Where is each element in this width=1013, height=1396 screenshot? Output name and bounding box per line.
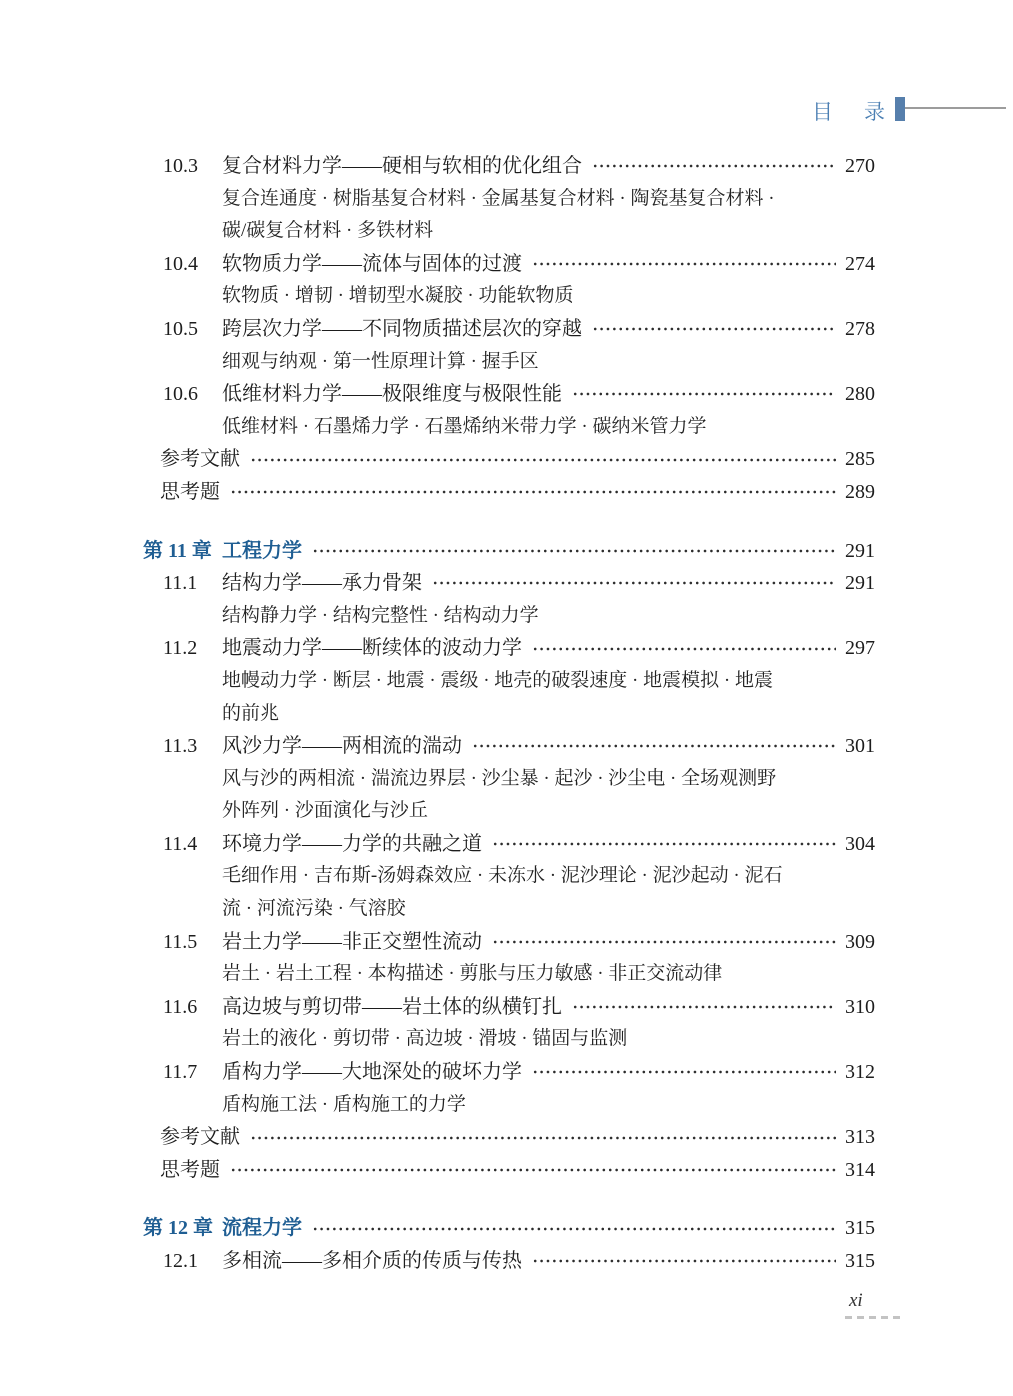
entry-number: 11.1 (163, 567, 222, 600)
toc-row: 参考文献285 (143, 443, 875, 476)
entry-number: 12.1 (163, 1245, 222, 1278)
dot-leader (492, 932, 836, 952)
entry-title: 高边坡与剪切带——岩土体的纵横钉扎 (222, 991, 562, 1024)
dot-leader (472, 736, 836, 756)
dot-leader (312, 541, 836, 561)
dot-leader (250, 1128, 836, 1148)
entry-title: 工程力学 (222, 535, 302, 568)
toc-row: 11.3风沙力学——两相流的湍动301 (143, 730, 875, 763)
entry-title: 结构力学——承力骨架 (222, 567, 422, 600)
entry-title: 跨层次力学——不同物质描述层次的穿越 (222, 313, 582, 346)
toc-section-entry: 10.6低维材料力学——极限维度与极限性能280低维材料 · 石墨烯力学 · 石… (143, 378, 875, 443)
entry-number: 第 11 章 (143, 535, 222, 568)
dot-leader (432, 573, 836, 593)
toc-section-entry: 10.5跨层次力学——不同物质描述层次的穿越278细观与纳观 · 第一性原理计算… (143, 313, 875, 378)
entry-keywords: 细观与纳观 · 第一性原理计算 · 握手区 (222, 346, 790, 379)
toc-row: 11.1结构力学——承力骨架291 (143, 567, 875, 600)
entry-keywords: 岩土 · 岩土工程 · 本构描述 · 剪胀与压力敏感 · 非正交流动律 (222, 958, 790, 991)
dot-leader (592, 319, 836, 339)
dot-leader (250, 450, 836, 470)
entry-keywords: 低维材料 · 石墨烯力学 · 石墨烯纳米带力学 · 碳纳米管力学 (222, 411, 790, 444)
entry-title: 岩土力学——非正交塑性流动 (222, 926, 482, 959)
toc-row: 10.6低维材料力学——极限维度与极限性能280 (143, 378, 875, 411)
entry-page-number: 310 (843, 991, 875, 1024)
entry-page-number: 270 (843, 150, 875, 183)
toc-row: 11.5岩土力学——非正交塑性流动309 (143, 926, 875, 959)
entry-page-number: 291 (843, 567, 875, 600)
entry-number: 11.5 (163, 926, 222, 959)
entry-title: 软物质力学——流体与固体的过渡 (222, 248, 522, 281)
dot-leader (230, 482, 836, 502)
dot-leader (532, 254, 836, 274)
toc-backmatter-entry: 思考题289 (143, 476, 875, 509)
toc-row: 第 11 章工程力学291 (143, 535, 875, 568)
entry-page-number: 289 (843, 476, 875, 509)
dot-leader (492, 834, 836, 854)
entry-number: 11.3 (163, 730, 222, 763)
toc-row: 12.1多相流——多相介质的传质与传热315 (143, 1245, 875, 1278)
entry-number: 10.4 (163, 248, 222, 281)
toc-row: 10.3复合材料力学——硬相与软相的优化组合270 (143, 150, 875, 183)
toc-chapter-entry: 第 11 章工程力学291 (143, 535, 875, 568)
entry-title: 风沙力学——两相流的湍动 (222, 730, 462, 763)
toc-row: 11.2地震动力学——断续体的波动力学297 (143, 632, 875, 665)
entry-number: 11.4 (163, 828, 222, 861)
toc-row: 10.4软物质力学——流体与固体的过渡274 (143, 248, 875, 281)
entry-title: 环境力学——力学的共融之道 (222, 828, 482, 861)
toc-row: 11.6高边坡与剪切带——岩土体的纵横钉扎310 (143, 991, 875, 1024)
toc-row: 11.4环境力学——力学的共融之道304 (143, 828, 875, 861)
entry-page-number: 315 (843, 1212, 875, 1245)
entry-keywords: 毛细作用 · 吉布斯-汤姆森效应 · 未冻水 · 泥沙理论 · 泥沙起动 · 泥… (222, 860, 790, 925)
toc-backmatter-entry: 思考题314 (143, 1154, 875, 1187)
dot-leader (532, 1062, 836, 1082)
header-accent-bar (895, 97, 905, 121)
entry-title: 多相流——多相介质的传质与传热 (222, 1245, 522, 1278)
entry-title: 参考文献 (160, 443, 240, 476)
toc-section-entry: 11.2地震动力学——断续体的波动力学297地幔动力学 · 断层 · 地震 · … (143, 632, 875, 730)
entry-number: 11.6 (163, 991, 222, 1024)
toc-row: 参考文献313 (143, 1121, 875, 1154)
dot-leader (572, 384, 836, 404)
toc-backmatter-entry: 参考文献313 (143, 1121, 875, 1154)
toc-section-entry: 11.7盾构力学——大地深处的破坏力学312盾构施工法 · 盾构施工的力学 (143, 1056, 875, 1121)
entry-title: 参考文献 (160, 1121, 240, 1154)
entry-number: 10.3 (163, 150, 222, 183)
entry-title: 复合材料力学——硬相与软相的优化组合 (222, 150, 582, 183)
entry-page-number: 313 (843, 1121, 875, 1154)
toc-row: 10.5跨层次力学——不同物质描述层次的穿越278 (143, 313, 875, 346)
toc-row: 第 12 章流程力学315 (143, 1212, 875, 1245)
toc-row: 11.7盾构力学——大地深处的破坏力学312 (143, 1056, 875, 1089)
dot-leader (572, 997, 836, 1017)
entry-number: 第 12 章 (143, 1212, 222, 1245)
entry-title: 盾构力学——大地深处的破坏力学 (222, 1056, 522, 1089)
entry-page-number: 297 (843, 632, 875, 665)
entry-page-number: 314 (843, 1154, 875, 1187)
entry-keywords: 风与沙的两相流 · 湍流边界层 · 沙尘暴 · 起沙 · 沙尘电 · 全场观测野… (222, 763, 790, 828)
entry-keywords: 软物质 · 增韧 · 增韧型水凝胶 · 功能软物质 (222, 280, 790, 313)
entry-page-number: 285 (843, 443, 875, 476)
entry-page-number: 312 (843, 1056, 875, 1089)
entry-title: 流程力学 (222, 1212, 302, 1245)
entry-title: 思考题 (160, 1154, 220, 1187)
toc-section-entry: 11.1结构力学——承力骨架291结构静力学 · 结构完整性 · 结构动力学 (143, 567, 875, 632)
toc-section-entry: 11.5岩土力学——非正交塑性流动309岩土 · 岩土工程 · 本构描述 · 剪… (143, 926, 875, 991)
folio-dashed-rule (845, 1316, 905, 1319)
entry-keywords: 盾构施工法 · 盾构施工的力学 (222, 1089, 790, 1122)
entry-number: 10.6 (163, 378, 222, 411)
toc-section-entry: 11.4环境力学——力学的共融之道304毛细作用 · 吉布斯-汤姆森效应 · 未… (143, 828, 875, 926)
toc-row: 思考题289 (143, 476, 875, 509)
entry-page-number: 274 (843, 248, 875, 281)
entry-page-number: 309 (843, 926, 875, 959)
entry-page-number: 291 (843, 535, 875, 568)
dot-leader (532, 639, 836, 659)
entry-page-number: 304 (843, 828, 875, 861)
toc-chapter-entry: 第 12 章流程力学315 (143, 1212, 875, 1245)
entry-keywords: 复合连通度 · 树脂基复合材料 · 金属基复合材料 · 陶瓷基复合材料 · 碳/… (222, 183, 790, 248)
toc-section-entry: 11.6高边坡与剪切带——岩土体的纵横钉扎310岩土的液化 · 剪切带 · 高边… (143, 991, 875, 1056)
toc-row: 思考题314 (143, 1154, 875, 1187)
toc-page: 目 录 10.3复合材料力学——硬相与软相的优化组合270复合连通度 · 树脂基… (0, 0, 1013, 1396)
toc-section-entry: 11.3风沙力学——两相流的湍动301风与沙的两相流 · 湍流边界层 · 沙尘暴… (143, 730, 875, 828)
dot-leader (532, 1251, 836, 1271)
folio-page-number: xi (849, 1290, 863, 1312)
dot-leader (312, 1219, 836, 1239)
entry-page-number: 278 (843, 313, 875, 346)
entry-number: 10.5 (163, 313, 222, 346)
entry-number: 11.7 (163, 1056, 222, 1089)
entry-title: 思考题 (160, 476, 220, 509)
entry-keywords: 结构静力学 · 结构完整性 · 结构动力学 (222, 600, 790, 633)
entry-title: 低维材料力学——极限维度与极限性能 (222, 378, 562, 411)
entry-keywords: 地幔动力学 · 断层 · 地震 · 震级 · 地壳的破裂速度 · 地震模拟 · … (222, 665, 790, 730)
entry-page-number: 301 (843, 730, 875, 763)
entry-number: 11.2 (163, 632, 222, 665)
dot-leader (230, 1160, 836, 1180)
toc-section-entry: 10.3复合材料力学——硬相与软相的优化组合270复合连通度 · 树脂基复合材料… (143, 150, 875, 248)
header-rule (905, 107, 1006, 109)
page-title: 目 录 (812, 96, 890, 126)
toc-section-entry: 12.1多相流——多相介质的传质与传热315 (143, 1245, 875, 1278)
entry-page-number: 315 (843, 1245, 875, 1278)
entry-keywords: 岩土的液化 · 剪切带 · 高边坡 · 滑坡 · 锚固与监测 (222, 1023, 790, 1056)
page-header: 目 录 (0, 96, 1013, 128)
entry-title: 地震动力学——断续体的波动力学 (222, 632, 522, 665)
page-footer: xi (845, 1290, 915, 1326)
toc-backmatter-entry: 参考文献285 (143, 443, 875, 476)
toc-list: 10.3复合材料力学——硬相与软相的优化组合270复合连通度 · 树脂基复合材料… (143, 150, 875, 1278)
entry-page-number: 280 (843, 378, 875, 411)
toc-section-entry: 10.4软物质力学——流体与固体的过渡274软物质 · 增韧 · 增韧型水凝胶 … (143, 248, 875, 313)
dot-leader (592, 156, 836, 176)
